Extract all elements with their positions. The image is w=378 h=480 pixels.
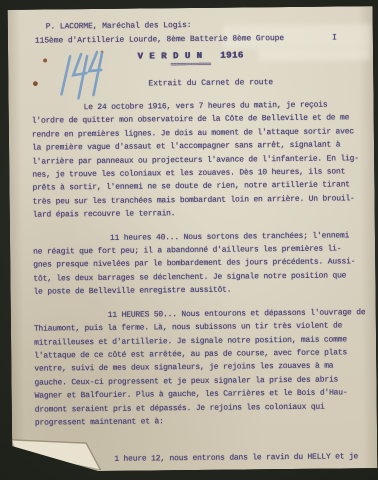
rust-spot — [33, 81, 38, 86]
document-subtitle: Extrait du Carnet de route — [148, 78, 273, 88]
document-line: lard épais recouvre le terrain. — [33, 205, 369, 222]
document-paragraph: 11 heures 40... Nous sortons des tranché… — [33, 229, 370, 300]
document-line: 1 heure 12, nous entrons dans le ravin d… — [35, 450, 371, 467]
document-paragraph: Le 24 octobre 1916, vers 7 heures du mat… — [32, 98, 369, 222]
document-line: le poste de Belleville enregistre aussit… — [33, 282, 369, 299]
document-body: Le 24 octobre 1916, vers 7 heures du mat… — [32, 98, 372, 467]
document-paper: P. LACORME, Maréchal des Logis: 115ème d… — [8, 6, 378, 472]
screenshot-root: { "document": { "header": { "author_line… — [0, 0, 378, 480]
document-paragraph: 1 heure 12, nous entrons dans le ravin d… — [35, 450, 371, 467]
author-line: P. LACORME, Maréchal des Logis: — [46, 21, 192, 32]
document-line: progressent maintenant et à: — [35, 413, 371, 430]
document-paragraph: 11 HEURES 50... Nous entourons et dépass… — [34, 306, 371, 430]
page-number: I — [332, 33, 337, 42]
